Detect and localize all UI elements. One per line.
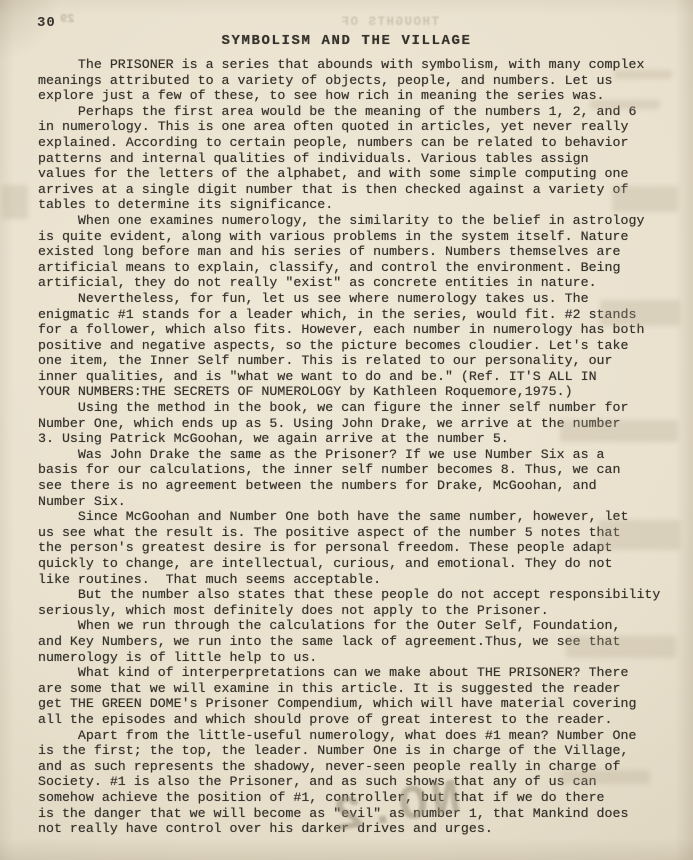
paragraph: When one examines numerology, the simila… xyxy=(38,213,678,291)
paragraph: But the number also states that these pe… xyxy=(38,587,678,618)
paragraph: The PRISONER is a series that abounds wi… xyxy=(38,57,678,104)
document-body: The PRISONER is a series that abounds wi… xyxy=(38,57,678,837)
scanned-page: 30 29 THOUGHTS OF SYMBOLISM AND THE VILL… xyxy=(0,0,693,860)
bleed-smudge xyxy=(2,185,28,219)
page-number: 30 xyxy=(37,15,56,31)
paragraph: Perhaps the first area would be the mean… xyxy=(38,104,678,213)
bleed-reverse-page-number: 29 xyxy=(60,12,74,26)
paragraph: When we run through the calculations for… xyxy=(38,618,678,665)
paragraph: Was John Drake the same as the Prisoner?… xyxy=(38,447,678,509)
paragraph: Apart from the little-useful numerology,… xyxy=(38,728,678,837)
paragraph: Using the method in the book, we can fig… xyxy=(38,400,678,447)
paragraph: What kind of interperpretations can we m… xyxy=(38,665,678,727)
page-title: SYMBOLISM AND THE VILLAGE xyxy=(0,33,693,49)
paragraph: Since McGoohan and Number One both have … xyxy=(38,509,678,587)
paragraph: Nevertheless, for fun, let us see where … xyxy=(38,291,678,400)
bleed-reverse-header: THOUGHTS OF xyxy=(340,15,439,29)
